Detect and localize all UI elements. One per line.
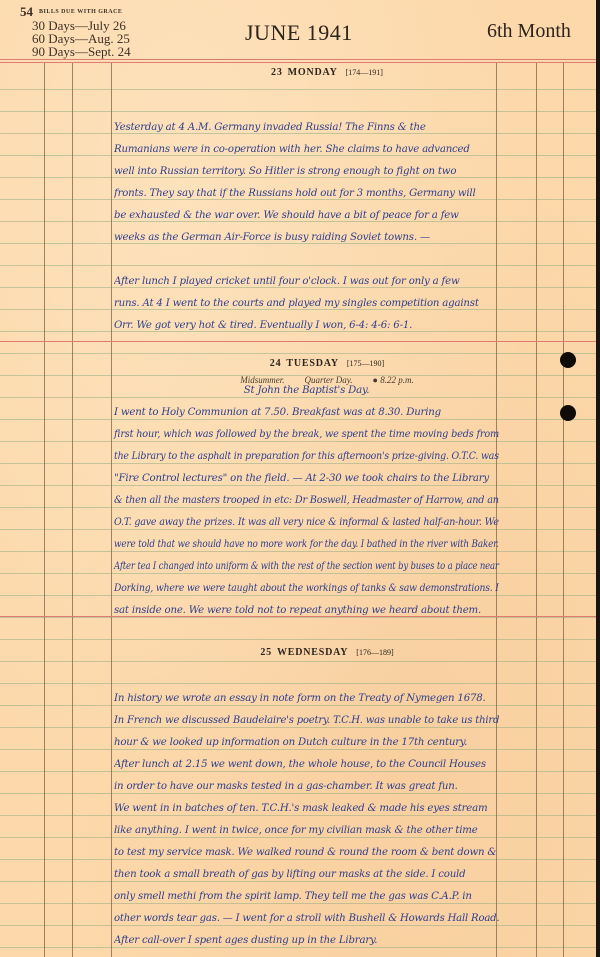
month-ordinal: 6th Month <box>487 20 571 43</box>
entry-line: O.T. gave away the prizes. It was all ve… <box>114 512 474 534</box>
entry-line: sat inside one. We were told not to repe… <box>114 600 499 622</box>
diary-entry-wednesday: In history we wrote an essay in note for… <box>114 688 499 952</box>
punch-hole <box>560 352 576 368</box>
day-separator <box>0 341 600 342</box>
diary-entry-monday: Yesterday at 4 A.M. Germany invaded Russ… <box>114 117 499 337</box>
entry-line: & then all the masters trooped in etc: D… <box>114 490 480 512</box>
entry-line: hour & we looked up information on Dutch… <box>114 732 499 754</box>
page-edge <box>596 0 600 957</box>
entry-line: were told that we should have no more wo… <box>114 534 448 556</box>
entry-line: runs. At 4 I went to the courts and play… <box>114 293 499 315</box>
column-line <box>563 62 564 957</box>
entry-line: After lunch I played cricket until four … <box>114 271 499 293</box>
entry-line: Dorking, where we were taught about the … <box>114 578 462 600</box>
entry-line: After tea I changed into uniform & with … <box>114 556 436 578</box>
column-line <box>72 62 73 957</box>
diary-entry-tuesday: I went to Holy Communion at 7.50. Breakf… <box>114 402 499 622</box>
entry-line: Yesterday at 4 A.M. Germany invaded Russ… <box>114 117 499 139</box>
diary-page: 54BILLS DUE WITH GRACE 30 Days—July 26 6… <box>0 0 600 957</box>
bills-due-box: 54BILLS DUE WITH GRACE 30 Days—July 26 6… <box>20 5 131 58</box>
month-title: JUNE 1941 <box>245 20 353 46</box>
entry-line: In French we discussed Baudelaire's poet… <box>114 710 493 732</box>
page-number: 54 <box>20 4 33 19</box>
diary-entry-title: St John the Baptist's Day. <box>114 380 499 402</box>
entry-line: We went in in batches of ten. T.C.H.'s m… <box>114 798 499 820</box>
column-line <box>536 62 537 957</box>
entry-line: well into Russian territory. So Hitler i… <box>114 161 499 183</box>
entry-line: I went to Holy Communion at 7.50. Breakf… <box>114 402 499 424</box>
entry-line: to test my service mask. We walked round… <box>114 842 499 864</box>
entry-line: "Fire Control lectures" on the field. — … <box>114 468 499 490</box>
entry-line: After lunch at 2.15 we went down, the wh… <box>114 754 499 776</box>
punch-hole <box>560 405 576 421</box>
entry-line: Rumanians were in co-operation with her.… <box>114 139 499 161</box>
entry-line: the Library to the asphalt in preparatio… <box>114 446 468 468</box>
entry-line: Orr. We got very hot & tired. Eventually… <box>114 315 499 337</box>
entry-line: first hour, which was followed by the br… <box>114 424 482 446</box>
entry-line: weeks as the German Air-Force is busy ra… <box>114 227 499 249</box>
bills-row: 90 Days—Sept. 24 <box>20 45 131 58</box>
column-line <box>44 62 45 957</box>
entry-line <box>114 249 499 271</box>
entry-line: After call-over I spent ages dusting up … <box>114 930 499 952</box>
entry-line: like anything. I went in twice, once for… <box>114 820 499 842</box>
entry-line: be exhausted & the war over. We should h… <box>114 205 499 227</box>
entry-line: fronts. They say that if the Russians ho… <box>114 183 499 205</box>
day-heading: 24 TUESDAY[175—190] <box>112 358 542 369</box>
column-line <box>111 62 112 957</box>
entry-line: only smell methi from the spirit lamp. T… <box>114 886 499 908</box>
header-rule <box>0 59 600 63</box>
entry-line: other words tear gas. — I went for a str… <box>114 908 495 930</box>
entry-line: in order to have our masks tested in a g… <box>114 776 499 798</box>
entry-line: then took a small breath of gas by lifti… <box>114 864 499 886</box>
day-heading: 23 MONDAY[174—191] <box>112 67 542 78</box>
entry-line: In history we wrote an essay in note for… <box>114 688 499 710</box>
day-heading: 25 WEDNESDAY[176—189] <box>112 647 542 658</box>
bills-caption: BILLS DUE WITH GRACE <box>39 9 122 15</box>
